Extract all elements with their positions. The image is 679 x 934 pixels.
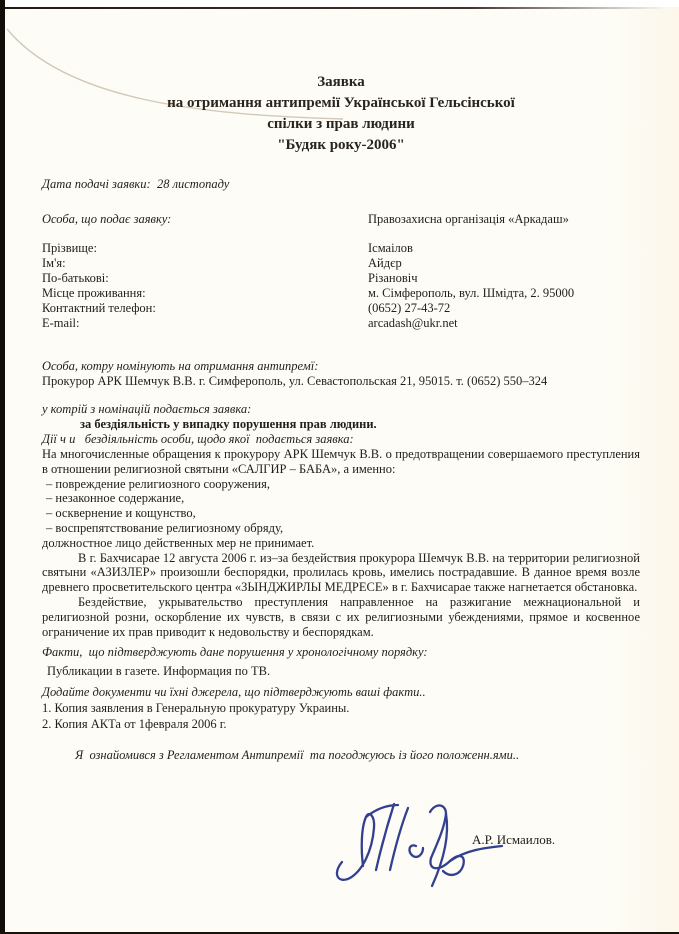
field-value: arcadash@ukr.net bbox=[368, 316, 458, 331]
field-value: Ісмаілов bbox=[368, 241, 413, 256]
submission-date-value: 28 листопаду bbox=[157, 177, 229, 191]
signatory-name: А.Р. Исмаилов. bbox=[472, 832, 555, 848]
deeds-paragraph-2: В г. Бахчисарае 12 августа 2006 г. из–за… bbox=[42, 551, 640, 595]
nomination-label: у котрій з номінацій подається заявка: bbox=[42, 402, 640, 417]
field-label: По-батькові: bbox=[42, 271, 109, 285]
deeds-paragraph-3: Бездействие, укрывательство преступления… bbox=[42, 595, 640, 639]
deeds-list: – повреждение религиозного сооружения, –… bbox=[42, 477, 640, 536]
submission-date-label: Дата подачі заявки: bbox=[42, 177, 151, 191]
field-label: E-mail: bbox=[42, 316, 80, 330]
deeds-paragraph-1: На многочисленные обращения к прокурору … bbox=[42, 447, 640, 477]
submission-date-line: Дата подачі заявки: 28 листопаду bbox=[42, 177, 640, 192]
field-value: Айдєр bbox=[368, 256, 402, 271]
facts-label: Факти, що підтверджують дане порушення у… bbox=[42, 645, 640, 660]
nominee-label: Особа, котру номінують на отримання анти… bbox=[42, 359, 640, 374]
title-line-3: спілки з прав людини bbox=[42, 114, 640, 135]
title-line-4: "Будяк року-2006" bbox=[42, 135, 640, 156]
field-label: Контактний телефон: bbox=[42, 301, 156, 315]
applicant-label: Особа, що подає заявку: bbox=[42, 212, 171, 226]
field-row-email: E-mail: arcadash@ukr.net bbox=[42, 316, 640, 331]
applicant-fields: Прізвище: Ісмаілов Ім'я: Айдєр По-батько… bbox=[42, 241, 640, 331]
agreement-statement: Я ознайомився з Регламентом Антипремії т… bbox=[42, 748, 640, 763]
field-value: Різановіч bbox=[368, 271, 418, 286]
document-title: Заявка на отримання антипремії Українськ… bbox=[42, 72, 640, 156]
document-item: 2. Копия АКТа от 1февраля 2006 г. bbox=[42, 716, 640, 732]
deeds-label: Дії ч и бездіяльність особи, щодо якої п… bbox=[42, 432, 640, 447]
deeds-list-item: – осквернение и кощунство, bbox=[42, 506, 640, 521]
field-row-patronymic: По-батькові: Різановіч bbox=[42, 271, 640, 286]
scan-left-edge bbox=[0, 0, 5, 934]
applicant-organization: Правозахисна організація «Аркадаш» bbox=[368, 212, 569, 227]
document-item: 1. Копия заявления в Генеральную прокура… bbox=[42, 700, 640, 716]
field-row-phone: Контактний телефон: (0652) 27-43-72 bbox=[42, 301, 640, 316]
signature-block: А.Р. Исмаилов. bbox=[330, 798, 660, 898]
deeds-paragraph-1-end: должностное лицо действенных мер не прин… bbox=[42, 536, 640, 551]
deeds-list-item: – незаконное содержание, bbox=[42, 491, 640, 506]
documents-list: 1. Копия заявления в Генеральную прокура… bbox=[42, 700, 640, 732]
documents-label: Додайте документи чи їхні джерела, що пі… bbox=[42, 685, 640, 700]
facts-value: Публикации в газете. Информация по ТВ. bbox=[42, 664, 640, 679]
field-label: Прізвище: bbox=[42, 241, 97, 255]
title-line-2: на отримання антипремії Української Гель… bbox=[42, 93, 640, 114]
field-row-surname: Прізвище: Ісмаілов bbox=[42, 241, 640, 256]
field-row-address: Місце проживання: м. Сімферополь, вул. Ш… bbox=[42, 286, 640, 301]
field-label: Ім'я: bbox=[42, 256, 66, 270]
document-content: Заявка на отримання антипремії Українськ… bbox=[42, 0, 640, 763]
scanned-application-page: Заявка на отримання антипремії Українськ… bbox=[0, 0, 679, 934]
field-value: м. Сімферополь, вул. Шмідта, 2. 95000 bbox=[368, 286, 574, 301]
title-line-1: Заявка bbox=[42, 72, 640, 93]
applicant-row: Особа, що подає заявку: Правозахисна орг… bbox=[42, 212, 640, 227]
nominee-value: Прокурор АРК Шемчук В.В. г. Симферополь,… bbox=[42, 374, 640, 389]
field-row-firstname: Ім'я: Айдєр bbox=[42, 256, 640, 271]
field-value: (0652) 27-43-72 bbox=[368, 301, 450, 316]
handwritten-signature-icon bbox=[330, 798, 505, 898]
deeds-list-item: – воспрепятствование религиозному обряду… bbox=[42, 521, 640, 536]
nomination-value: за бездіяльність у випадку порушення пра… bbox=[42, 417, 640, 432]
field-label: Місце проживання: bbox=[42, 286, 146, 300]
deeds-list-item: – повреждение религиозного сооружения, bbox=[42, 477, 640, 492]
